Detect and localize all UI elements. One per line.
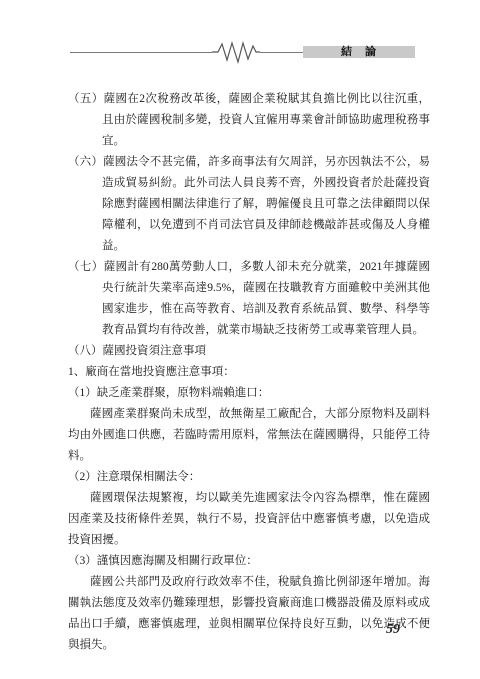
list-item-5: （五）薩國在2次稅務改革後，薩國企業稅賦其負擔比例比以往沉重，且由於薩國稅制多變… bbox=[68, 89, 430, 152]
list-item-8-text: 薩國投資須注意事項 bbox=[103, 345, 207, 357]
note-1-title: （1）缺乏產業群聚，原物料端賴進口： bbox=[68, 383, 430, 404]
numbered-item-1-text: 廠商在當地投資應注意事項： bbox=[85, 366, 235, 378]
chapter-title: 結 論 bbox=[341, 46, 377, 58]
list-item-8-label: （八） bbox=[68, 345, 103, 357]
note-1-title-text: 缺乏產業群聚，原物料端賴進口： bbox=[97, 387, 270, 399]
note-3-body: 薩國公共部門及政府行政效率不佳，稅賦負擔比例卻逐年增加。海關執法態度及效率仍難臻… bbox=[68, 572, 430, 656]
note-2-label: （2） bbox=[68, 471, 97, 483]
list-item-6: （六）薩國法令不甚完備，許多商事法有欠周詳，另亦因執法不公，易造成貿易糾紛。此外… bbox=[68, 152, 430, 257]
note-2-title: （2）注意環保相關法令： bbox=[68, 467, 430, 488]
note-2-title-text: 注意環保相關法令： bbox=[97, 471, 201, 483]
list-item-5-label: （五） bbox=[68, 93, 104, 105]
document-page: 結 論 （五）薩國在2次稅務改革後，薩國企業稅賦其負擔比例比以往沉重，且由於薩國… bbox=[0, 0, 480, 679]
chapter-title-bar: 結 論 bbox=[303, 46, 415, 58]
note-3-title-text: 謹慎因應海關及相關行政單位： bbox=[97, 555, 258, 567]
note-3-title: （3）謹慎因應海關及相關行政單位： bbox=[68, 551, 430, 572]
list-item-6-text: 薩國法令不甚完備，許多商事法有欠周詳，另亦因執法不公，易造成貿易糾紛。此外司法人… bbox=[102, 156, 430, 252]
page-number: 59 bbox=[386, 622, 400, 638]
chapter-header: 結 論 bbox=[70, 40, 416, 64]
list-item-7: （七）薩國計有280萬勞動人口，多數人卻未充分就業，2021年據薩國央行統計失業… bbox=[68, 257, 430, 341]
numbered-item-1: 1、廠商在當地投資應注意事項： bbox=[68, 362, 430, 383]
note-3-label: （3） bbox=[68, 555, 97, 567]
numbered-item-1-label: 1、 bbox=[68, 366, 85, 378]
note-1-body: 薩國產業群聚尚未成型，故無衛星工廠配合，大部分原物料及副料均由外國進口供應，若臨… bbox=[68, 404, 430, 467]
list-item-6-label: （六） bbox=[68, 156, 103, 168]
note-2-body: 薩國環保法規繁複，均以歐美先進國家法令內容為標準，惟在薩國因產業及技術條件差異，… bbox=[68, 488, 430, 551]
header-rule-mid bbox=[260, 52, 303, 53]
list-item-5-text: 薩國在2次稅務改革後，薩國企業稅賦其負擔比例比以往沉重，且由於薩國稅制多變，投資… bbox=[102, 93, 430, 147]
note-1-label: （1） bbox=[68, 387, 97, 399]
list-item-7-label: （七） bbox=[68, 261, 104, 273]
list-item-8: （八）薩國投資須注意事項 bbox=[68, 341, 430, 362]
header-rule-left bbox=[70, 52, 212, 53]
pulse-zigzag-icon bbox=[212, 40, 260, 64]
body-text: （五）薩國在2次稅務改革後，薩國企業稅賦其負擔比例比以往沉重，且由於薩國稅制多變… bbox=[68, 89, 430, 656]
list-item-7-text: 薩國計有280萬勞動人口，多數人卻未充分就業，2021年據薩國央行統計失業率高達… bbox=[102, 261, 430, 336]
